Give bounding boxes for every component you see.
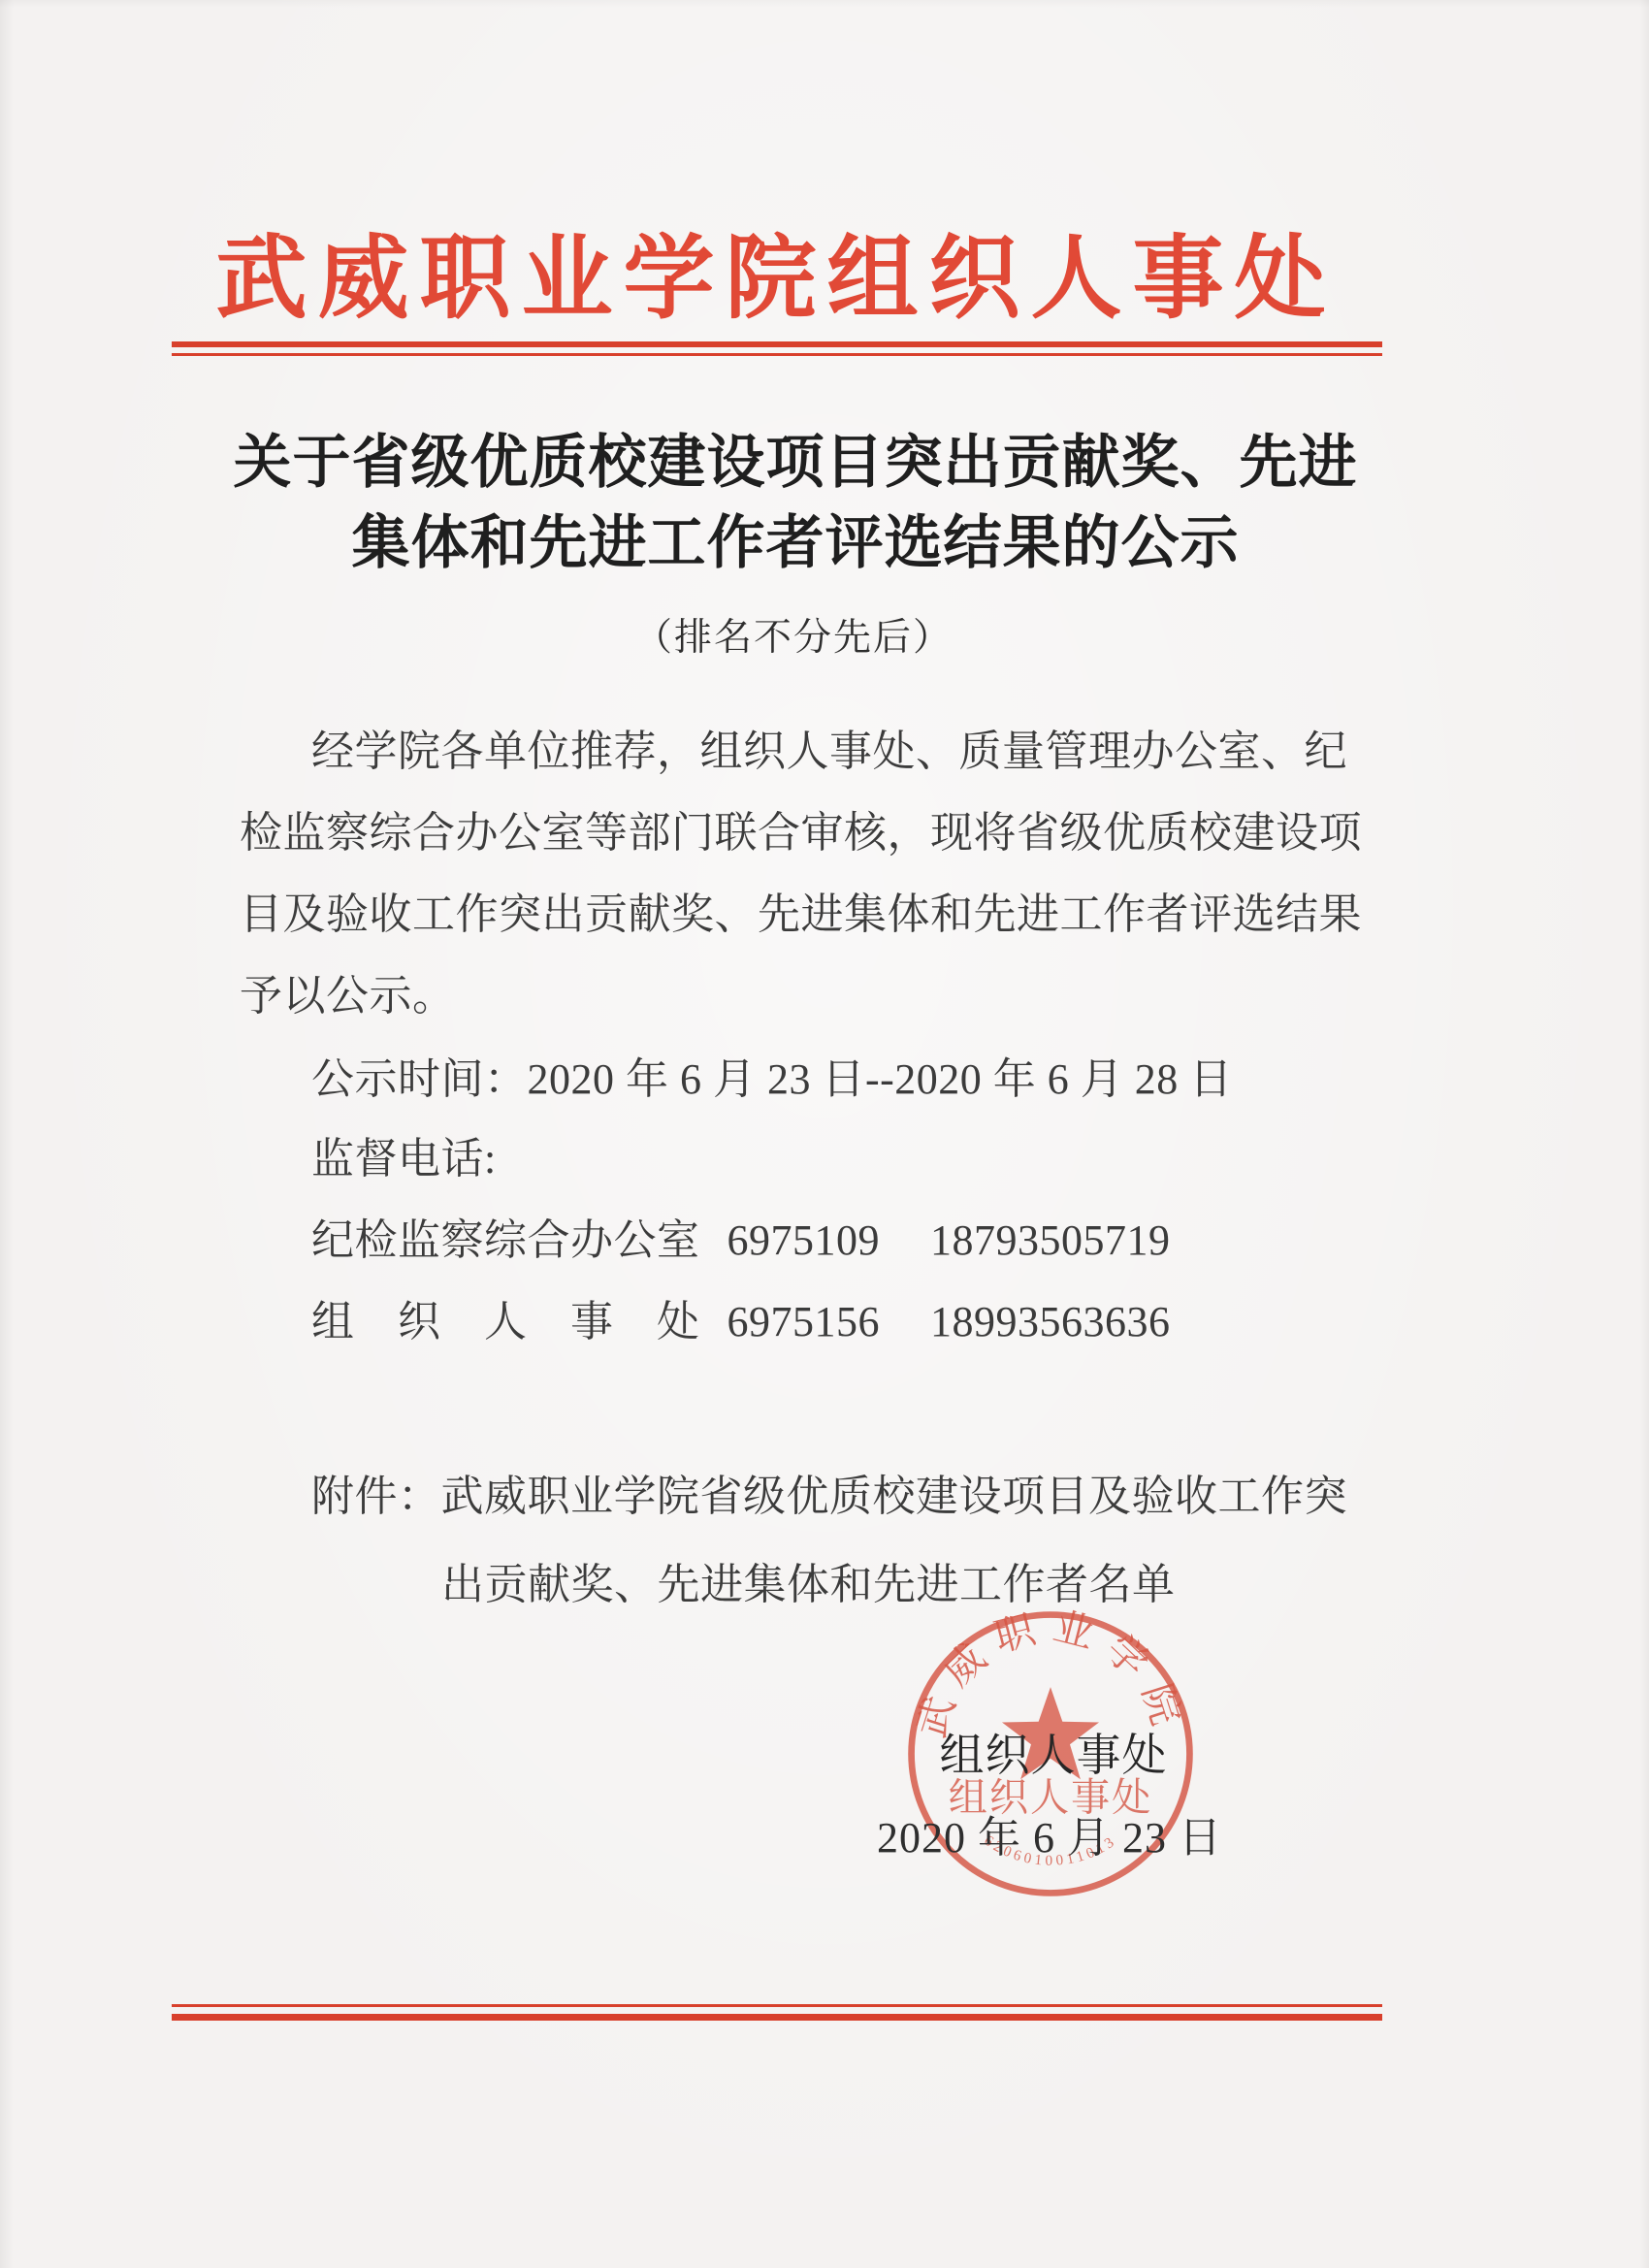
- footer-rule-thin: [172, 2004, 1382, 2007]
- document-title-line2: 集体和先进工作者评选结果的公示: [352, 509, 1240, 577]
- hotline-phone: 6975109: [727, 1216, 881, 1264]
- body-line: 检监察综合办公室等部门联合审核，现将省级优质校建设项: [240, 806, 1362, 860]
- publicity-period-line: 公示时间：2020 年 6 月 23 日--2020 年 6 月 28 日: [311, 1053, 1233, 1107]
- masthead-title: 武威职业学院组织人事处: [215, 231, 1336, 328]
- body-line: 目及验收工作突出贡献奖、先进集体和先进工作者评选结果: [240, 888, 1362, 942]
- document-title-line1: 关于省级优质校建设项目突出贡献奖、先进: [234, 429, 1358, 497]
- scanned-paper-background: [0, 0, 1649, 2268]
- hotline-mobile: 18993563636: [930, 1298, 1171, 1345]
- attachment-line-1: 附件：武威职业学院省级优质校建设项目及验收工作突: [311, 1470, 1347, 1524]
- footer-rule-thick: [172, 2014, 1382, 2021]
- masthead-rule-thin: [172, 353, 1382, 356]
- ranking-note: （排名不分先后）: [634, 607, 953, 662]
- hotline-label: 监督电话:: [311, 1132, 497, 1186]
- hotline-dept: 组 织 人 事 处: [311, 1298, 700, 1345]
- attachment-line-2: 出贡献奖、先进集体和先进工作者名单: [441, 1558, 1176, 1612]
- body-line: 经学院各单位推荐，组织人事处、质量管理办公室、纪: [311, 725, 1347, 779]
- signature-date: 2020 年 6 月 23 日: [877, 1802, 1222, 1864]
- hotline-row: 纪检监察综合办公室697510918793505719: [311, 1214, 1171, 1268]
- hotline-dept: 纪检监察综合办公室: [311, 1216, 700, 1264]
- body-line: 予以公示。: [240, 969, 456, 1023]
- hotline-phone: 6975156: [727, 1298, 881, 1345]
- signature-department: 组织人事处: [940, 1720, 1168, 1784]
- hotline-row: 组 织 人 事 处697515618993563636: [311, 1295, 1171, 1349]
- hotline-mobile: 18793505719: [930, 1216, 1171, 1264]
- masthead-rule-thick: [172, 341, 1382, 347]
